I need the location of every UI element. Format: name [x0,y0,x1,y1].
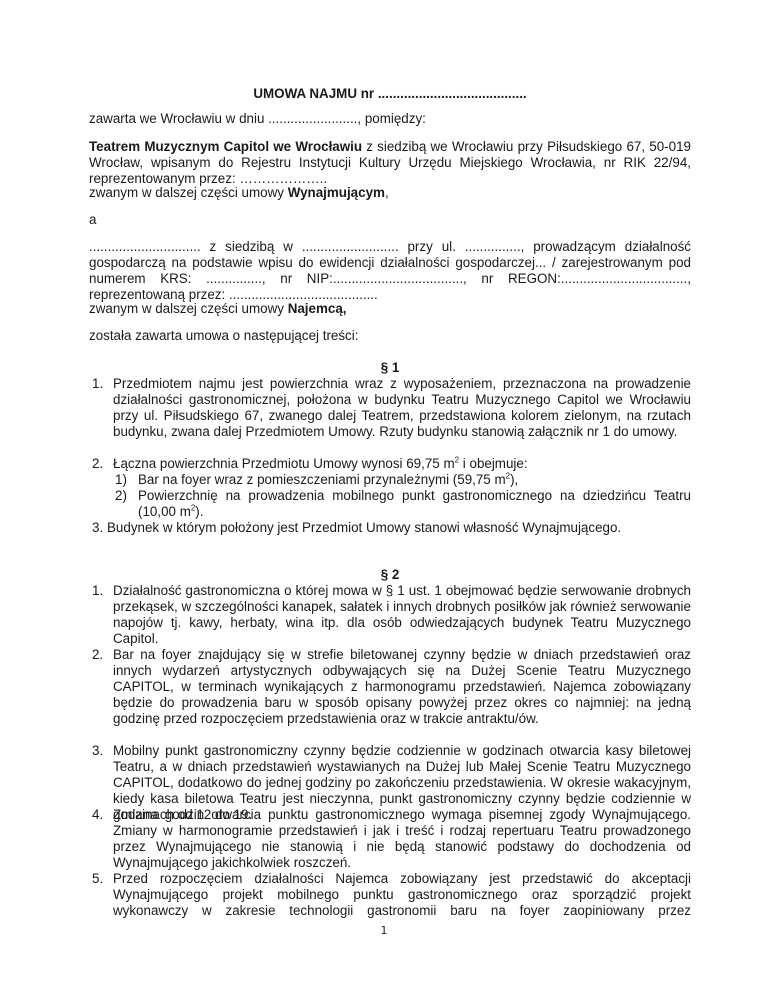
list-item: 4. Zmiana godzin otwarcia punktu gastron… [89,807,691,871]
party1-name: Teatrem Muzycznym Capitol we Wrocławiu [89,139,362,154]
list-item: 5. Przed rozpoczęciem działalności Najem… [89,871,691,919]
party1-role-line: zwanym w dalszej części umowy Wynajmując… [89,185,691,201]
list-item: 2. Bar na foyer znajdujący się w strefie… [89,647,691,727]
section-heading-2: § 2 [89,567,691,583]
party2-paragraph: .............................. z siedzib… [89,239,691,303]
party2-role: Najemcą, [288,301,347,316]
document-title: UMOWA NAJMU nr .........................… [89,86,691,101]
page-number: 1 [0,924,768,937]
party1-role: Wynajmującym [288,185,385,200]
section-heading-1: § 1 [89,360,691,376]
list-item: 1. Działalność gastronomiczna o której m… [89,583,691,647]
sub-list-item: 2) Powierzchnię na prowadzenia mobilnego… [113,488,691,520]
and-connector: a [89,212,691,228]
intro-line: zawarta we Wrocławiu w dniu ............… [89,111,691,127]
concluded-line: została zawarta umowa o następującej tre… [89,328,691,344]
list-item: 2. Łączna powierzchnia Przedmiotu Umowy … [89,456,691,472]
list-item: 1. Przedmiotem najmu jest powierzchnia w… [89,376,691,440]
party2-role-line: zwanym w dalszej części umowy Najemcą, [89,301,691,317]
sub-list-item: 1) Bar na foyer wraz z pomieszczeniami p… [113,472,691,488]
list-item: 3. Budynek w którym położony jest Przedm… [89,520,691,536]
party1-paragraph: Teatrem Muzycznym Capitol we Wrocławiu z… [89,139,691,187]
